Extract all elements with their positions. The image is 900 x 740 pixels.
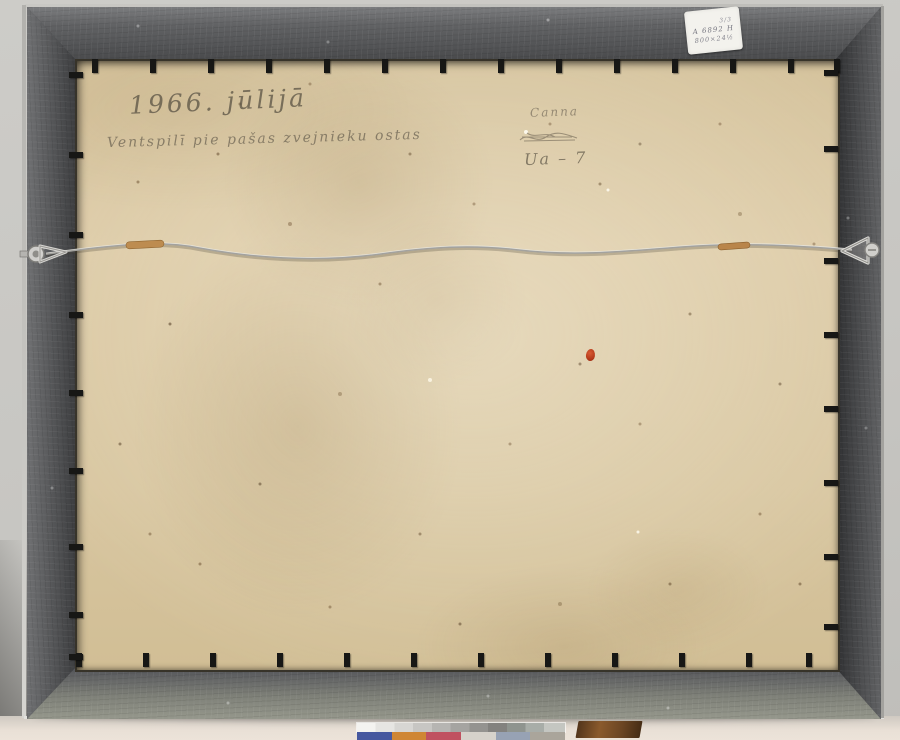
framers-clip	[730, 59, 736, 73]
framers-clip	[824, 70, 838, 76]
framers-clip	[498, 59, 504, 73]
framers-clip	[824, 480, 838, 486]
color-patch	[496, 732, 531, 740]
inscription-code-number: Ua – 7	[524, 148, 588, 169]
framers-clip	[324, 59, 330, 73]
color-patch	[461, 732, 496, 740]
foxing-specks	[77, 61, 79, 63]
inscription-date: 1966. jūlijā	[128, 83, 307, 120]
framers-clip	[545, 653, 551, 667]
framers-clip	[69, 72, 83, 78]
framers-clip	[679, 653, 685, 667]
framers-clip	[266, 59, 272, 73]
color-patch	[530, 732, 565, 740]
framers-clip	[824, 146, 838, 152]
framers-clip	[143, 653, 149, 667]
framers-clip	[746, 653, 752, 667]
framers-clip	[69, 152, 83, 158]
framers-clip	[614, 59, 620, 73]
framers-clip	[277, 653, 283, 667]
red-wax-dot	[585, 348, 596, 361]
framers-clip	[806, 653, 812, 667]
color-patch	[426, 732, 461, 740]
frame-outer-edge-right	[881, 6, 884, 718]
framers-clip	[92, 59, 98, 73]
grayscale-calibration-bar	[357, 723, 565, 732]
framers-clip	[69, 390, 83, 396]
framers-clip	[824, 406, 838, 412]
framers-clip	[556, 59, 562, 73]
framers-clip	[612, 653, 618, 667]
framers-clip	[672, 59, 678, 73]
sticker-line-1: 3/3	[719, 16, 732, 24]
inscription-code-word: Canna	[530, 104, 579, 120]
framers-clip	[411, 653, 417, 667]
framers-clip	[69, 654, 83, 660]
framers-clip	[69, 544, 83, 550]
color-calibration-bar	[357, 732, 565, 740]
color-patch	[392, 732, 427, 740]
frame-rail-bottom	[27, 668, 881, 719]
framers-clip	[824, 554, 838, 560]
framers-clip	[824, 332, 838, 338]
framers-clip	[382, 59, 388, 73]
color-patch	[357, 732, 392, 740]
inscription-location: Ventspilī pie pašas zvejnieku ostas	[107, 127, 422, 151]
framers-clip	[344, 653, 350, 667]
framers-clip	[824, 624, 838, 630]
frame-outer-edge-left	[22, 5, 26, 718]
label-sticker: 3/3 A 6892 H 800×24½	[684, 6, 743, 55]
frame-rail-left	[27, 7, 75, 719]
framers-clip	[210, 653, 216, 667]
framers-clip	[824, 258, 838, 264]
frame-rail-right	[836, 7, 881, 719]
framers-clip	[150, 59, 156, 73]
framers-clip	[208, 59, 214, 73]
framers-clip	[440, 59, 446, 73]
easel-wood-block	[576, 721, 643, 738]
backing-board: 1966. jūlijā Ventspilī pie pašas zvejnie…	[75, 59, 840, 672]
photo-back-of-framed-artwork: { "scene": { "subject": "Verso of a fram…	[0, 0, 900, 740]
framers-clip	[788, 59, 794, 73]
framers-clip	[69, 232, 83, 238]
framers-clip	[69, 468, 83, 474]
framers-clip	[69, 312, 83, 318]
frame-rail-top	[27, 7, 881, 59]
framers-clip	[69, 612, 83, 618]
framers-clip	[478, 653, 484, 667]
frame-scuff-marks	[27, 7, 29, 9]
